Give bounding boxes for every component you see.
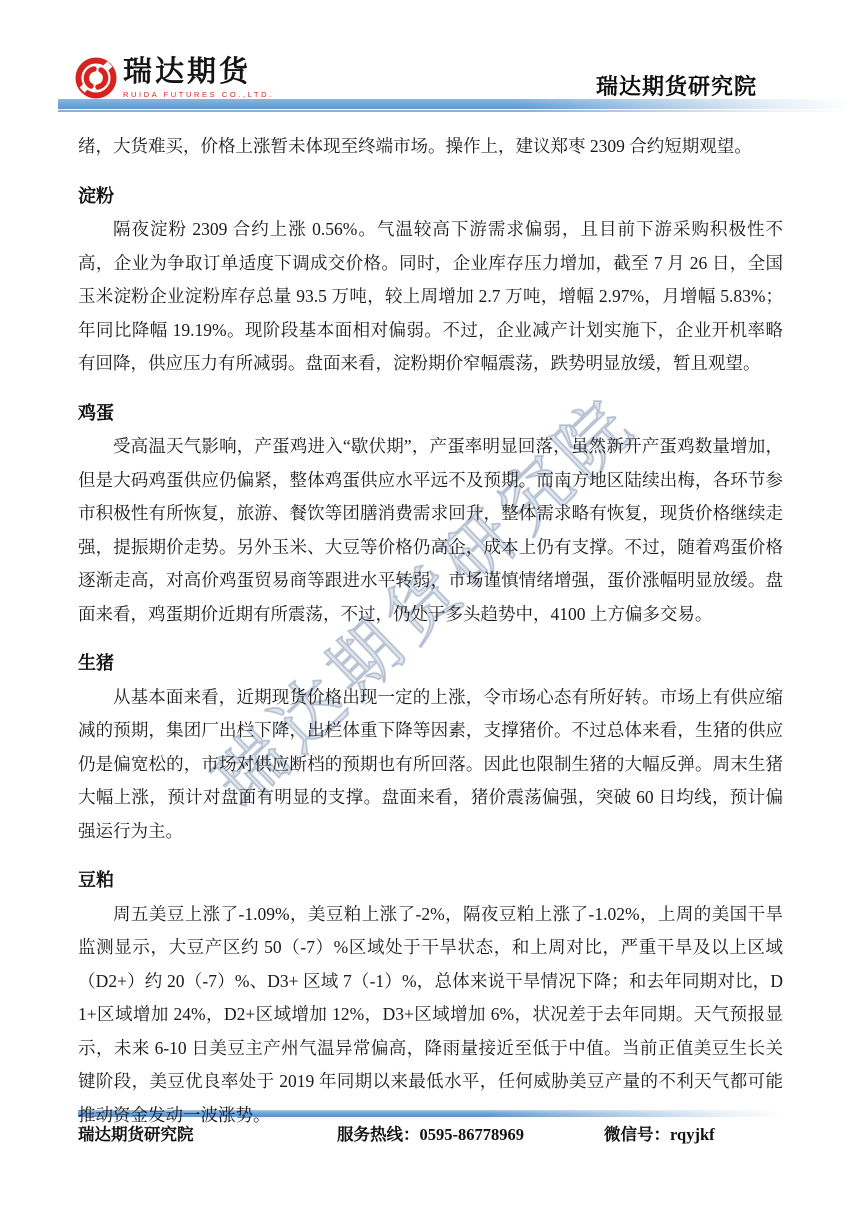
brand-name-en: RUIDA FUTURES CO.,LTD.	[123, 90, 274, 99]
header-bar-fade	[58, 99, 850, 112]
section-heading-hogs: 生猪	[78, 647, 783, 681]
brand-name-cn: 瑞达期货	[123, 56, 274, 88]
ruida-logo-icon	[74, 56, 118, 100]
section-paragraph-starch: 隔夜淀粉 2309 合约上涨 0.56%。气温较高下游需求偏弱，且目前下游采购积…	[78, 213, 783, 381]
section-paragraph-soybean-meal: 周五美豆上涨了-1.09%，美豆粕上涨了-2%，隔夜豆粕上涨了-1.02%，上周…	[78, 898, 783, 1133]
section-heading-starch: 淀粉	[78, 180, 783, 214]
company-logo: 瑞达期货 RUIDA FUTURES CO.,LTD.	[74, 56, 274, 100]
report-page: 瑞达期货 RUIDA FUTURES CO.,LTD. 瑞达期货研究院 瑞达期货…	[0, 0, 860, 1217]
section-heading-eggs: 鸡蛋	[78, 397, 783, 431]
report-body: 绪，大货难买，价格上涨暂未体现至终端市场。操作上，建议郑枣 2309 合约短期观…	[78, 130, 783, 1132]
intro-continuation-line: 绪，大货难买，价格上涨暂未体现至终端市场。操作上，建议郑枣 2309 合约短期观…	[78, 130, 783, 164]
section-paragraph-eggs: 受高温天气影响，产蛋鸡进入“歇伏期”，产蛋率明显回落，虽然新开产蛋鸡数量增加，但…	[78, 430, 783, 631]
header-divider-bar	[58, 99, 850, 112]
header-institute-title: 瑞达期货研究院	[596, 70, 757, 101]
section-heading-soybean-meal: 豆粕	[78, 864, 783, 898]
section-paragraph-hogs: 从基本面来看，近期现货价格出现一定的上涨，令市场心态有所好转。市场上有供应缩减的…	[78, 681, 783, 849]
